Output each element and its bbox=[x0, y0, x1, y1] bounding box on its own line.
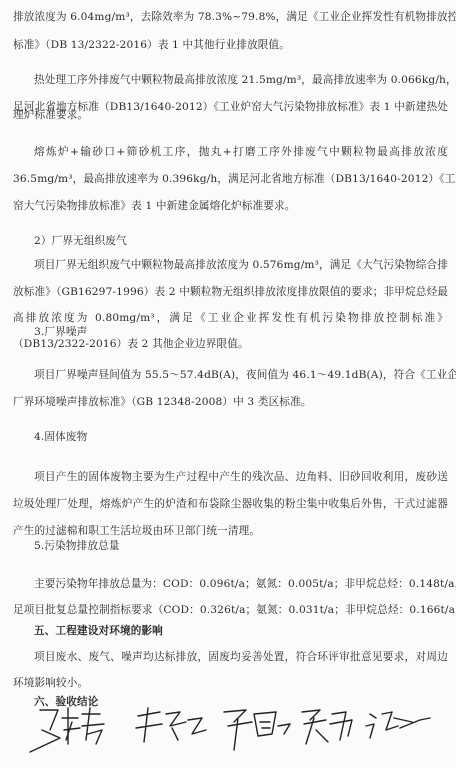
text-line: 放标准》（GB16297-1996）表 2 中颗粒物无组织排放浓度排放限值的要求… bbox=[13, 285, 448, 299]
section-subheading: 4.固体废物 bbox=[34, 430, 448, 444]
text-line: 标准》（DB 13/2322-2016）表 1 中其他行业排放限值。 bbox=[13, 38, 448, 52]
text-line: 环境影响较小。 bbox=[13, 676, 448, 690]
section-subheading: 5.污染物排放总量 bbox=[34, 539, 448, 553]
text-line: 足项目批复总量控制指标要求（COD：0.326t/a；氨氮：0.031t/a；非… bbox=[13, 603, 448, 617]
text-line: 项目厂界无组织废气中颗粒物最高排放浓度为 0.576mg/m³，满足《大气污染物… bbox=[34, 258, 448, 272]
text-line: 熔炼炉+输砂口+筛砂机工序，抛丸+打磨工序外排废气中颗粒物最高排放浓度 bbox=[34, 145, 448, 159]
text-line: 排放浓度为 6.04mg/m³，去除效率为 78.3%~79.8%，满足《工业企… bbox=[13, 10, 448, 24]
text-line: 主要污染物年排放总量为：COD：0.096t/a；氨氮：0.005t/a；非甲烷… bbox=[34, 577, 448, 591]
signature-scribbles-icon bbox=[20, 700, 440, 760]
text-line: 项目产生的固体废物主要为生产过程中产生的残次品、边角料、旧砂回收利用，废砂送 bbox=[34, 470, 448, 484]
text-line: 产生的过滤棉和职工生活垃圾由环卫部门统一清理。 bbox=[13, 524, 448, 538]
text-line: （DB13/2322-2016）表 2 其他企业边界限值。 bbox=[13, 337, 448, 351]
text-line: 高排放浓度为 0.80mg/m³，满足《工业企业挥发性有机污染物排放控制标准》 bbox=[13, 311, 448, 325]
section-subheading: 2）厂界无组织废气 bbox=[34, 234, 448, 248]
text-line: 项目厂界噪声昼间值为 55.5～57.4dB(A)，夜间值为 46.1～49.1… bbox=[34, 368, 448, 382]
section-heading: 五、工程建设对环境的影响 bbox=[34, 624, 448, 638]
handwritten-signatures bbox=[20, 700, 440, 760]
text-line: 36.5mg/m³，最高排放速率为 0.396kg/h，满足河北省地方标准（DB… bbox=[13, 172, 448, 186]
text-line: 理炉标准要求。 bbox=[13, 108, 448, 122]
text-line: 项目废水、废气、噪声均达标排放，固废均妥善处置，符合环评审批意见要求，对周边 bbox=[34, 650, 448, 664]
text-line: 窑大气污染物排放标准》表 1 中新建金属熔化炉标准要求。 bbox=[13, 199, 448, 213]
text-line: 热处理工序外排废气中颗粒物最高排放浓度 21.5mg/m³，最高排放速率为 0.… bbox=[34, 73, 448, 87]
text-line: 垃圾处理厂处理，熔炼炉产生的炉渣和布袋除尘器收集的粉尘集中收集后外售，干式过滤器 bbox=[13, 497, 448, 511]
document-page: 排放浓度为 6.04mg/m³，去除效率为 78.3%~79.8%，满足《工业企… bbox=[0, 0, 456, 768]
section-subheading: 3.厂界噪声 bbox=[34, 325, 448, 339]
text-line: 厂界环境噪声排放标准》（GB 12348-2008）中 3 类区标准。 bbox=[13, 395, 448, 409]
